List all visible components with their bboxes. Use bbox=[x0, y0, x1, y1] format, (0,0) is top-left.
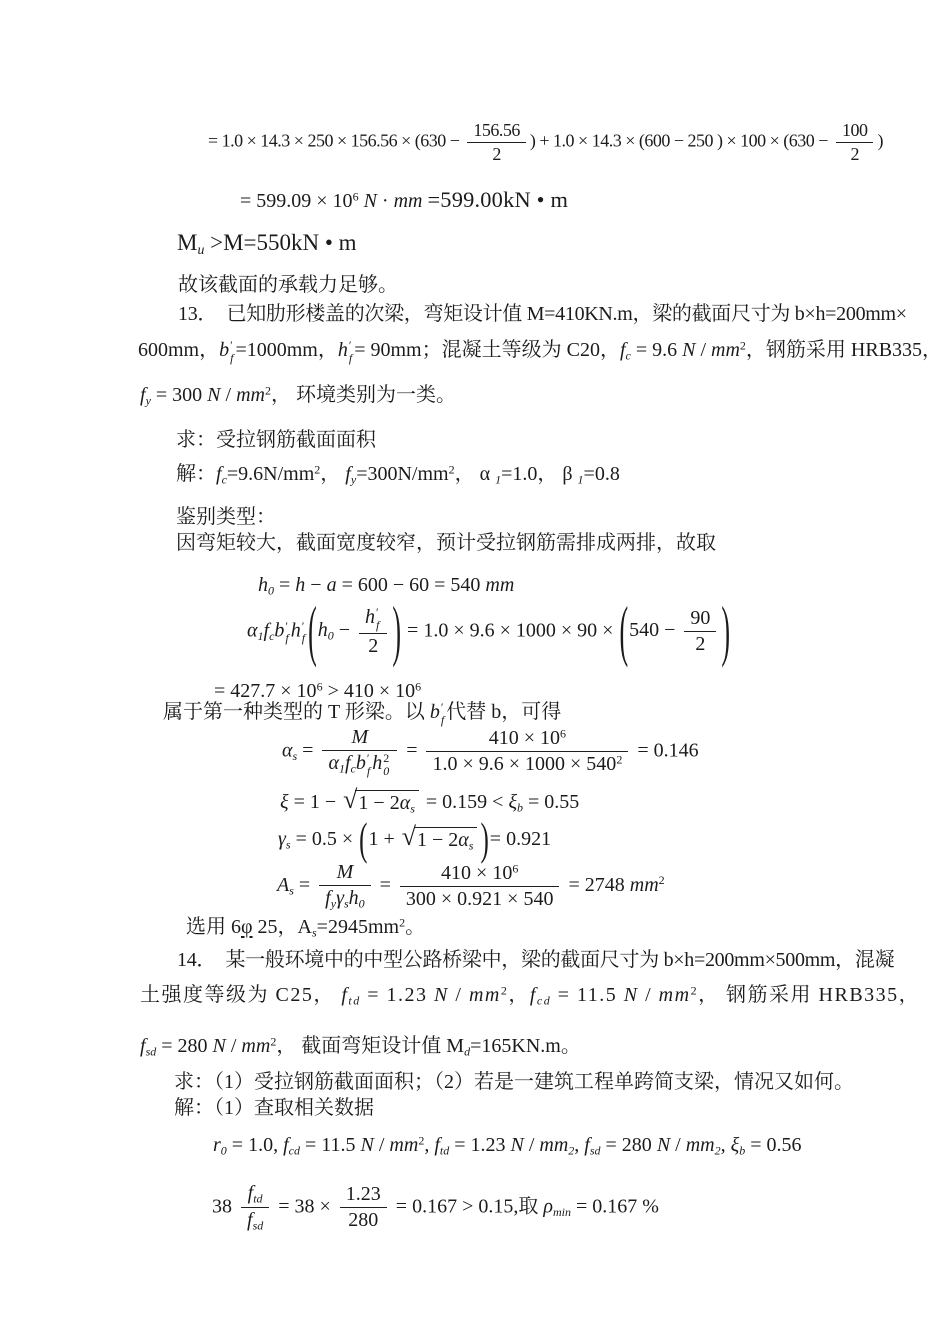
problem-13-intro-line2: 600mm，b′f=1000mm，h′f= 90mm；混凝土等级为 C20，fc… bbox=[138, 338, 942, 365]
t-beam-type-note: 属于第一种类型的 T 形梁。以 b′f代替 b，可得 bbox=[163, 700, 561, 727]
type-check-note: 因弯矩较大，截面宽度较窄，预计受拉钢筋需排成两排，故取 bbox=[176, 531, 716, 556]
eq-xi: ξ = 1 − √1 − 2αs = 0.159 < ξb = 0.55 bbox=[280, 790, 579, 817]
problem-14-intro-line2: 土强度等级为 C25， ftd = 1.23 N / mm2，fcd = 11.… bbox=[140, 983, 920, 1009]
problem-14-intro-line1: 14． 某一般环境中的中型公路桥梁中，梁的截面尺寸为 b×h=200mm×500… bbox=[177, 948, 894, 973]
conclusion-mu-gt-m: Mu >M=550kN • m bbox=[177, 229, 357, 258]
problem-13-intro-line1: 13． 已知肋形楼盖的次梁，弯矩设计值 M=410KN.m，梁的截面尺寸为 b×… bbox=[178, 302, 907, 327]
eq-as: As = Mfyγsh0 = 410 × 106300 × 0.921 × 54… bbox=[277, 861, 665, 911]
eq-h0: h0 = h − a = 600 − 60 = 540 mm bbox=[258, 573, 514, 599]
problem-13-solution-params: 解：fc=9.6N/mm2， fy=300N/mm2， α 1=1.0， β 1… bbox=[176, 462, 620, 488]
conclusion-capacity: 故该截面的承载力足够。 bbox=[178, 273, 398, 298]
eq-mu-expansion: = 1.0 × 14.3 × 250 × 156.56 × (630 − 156… bbox=[208, 120, 883, 164]
type-check-heading: 鉴别类型： bbox=[176, 505, 276, 530]
problem-14-find: 求：（1）受拉钢筋截面面积；（2）若是一建筑工程单跨简支梁，情况又如何。 bbox=[174, 1070, 854, 1095]
eq-gamma-s: γs = 0.5 × (1 + √1 − 2αs)= 0.921 bbox=[278, 827, 551, 854]
problem-14-solution-step1: 解：（1）查取相关数据 bbox=[174, 1096, 374, 1121]
eq-flange-capacity: α1fcb′fh′f(h0 − h′f2) = 1.0 × 9.6 × 1000… bbox=[247, 606, 731, 658]
eq-design-params: r0 = 1.0, fcd = 11.5 N / mm2, ftd = 1.23… bbox=[213, 1133, 801, 1159]
eq-mu-result: = 599.09 × 106 N · mm =599.00kN • m bbox=[240, 186, 568, 214]
problem-13-find: 求：受拉钢筋截面面积 bbox=[176, 428, 376, 453]
document-page: = 1.0 × 14.3 × 250 × 156.56 × (630 − 156… bbox=[0, 0, 950, 1343]
problem-13-intro-line3: fy = 300 N / mm2， 环境类别为一类。 bbox=[140, 383, 456, 409]
eq-alpha-s: αs = Mα1fcb′fh20 = 410 × 1061.0 × 9.6 × … bbox=[282, 726, 699, 778]
eq-rho-min: 38 ftdfsd = 38 × 1.23280 = 0.167 > 0.15,… bbox=[212, 1182, 659, 1234]
problem-14-intro-line3: fsd = 280 N / mm2， 截面弯矩设计值 Md=165KN.m。 bbox=[140, 1034, 581, 1060]
rebar-selection: 选用 6φ 25，As=2945mm2。 bbox=[186, 915, 425, 941]
